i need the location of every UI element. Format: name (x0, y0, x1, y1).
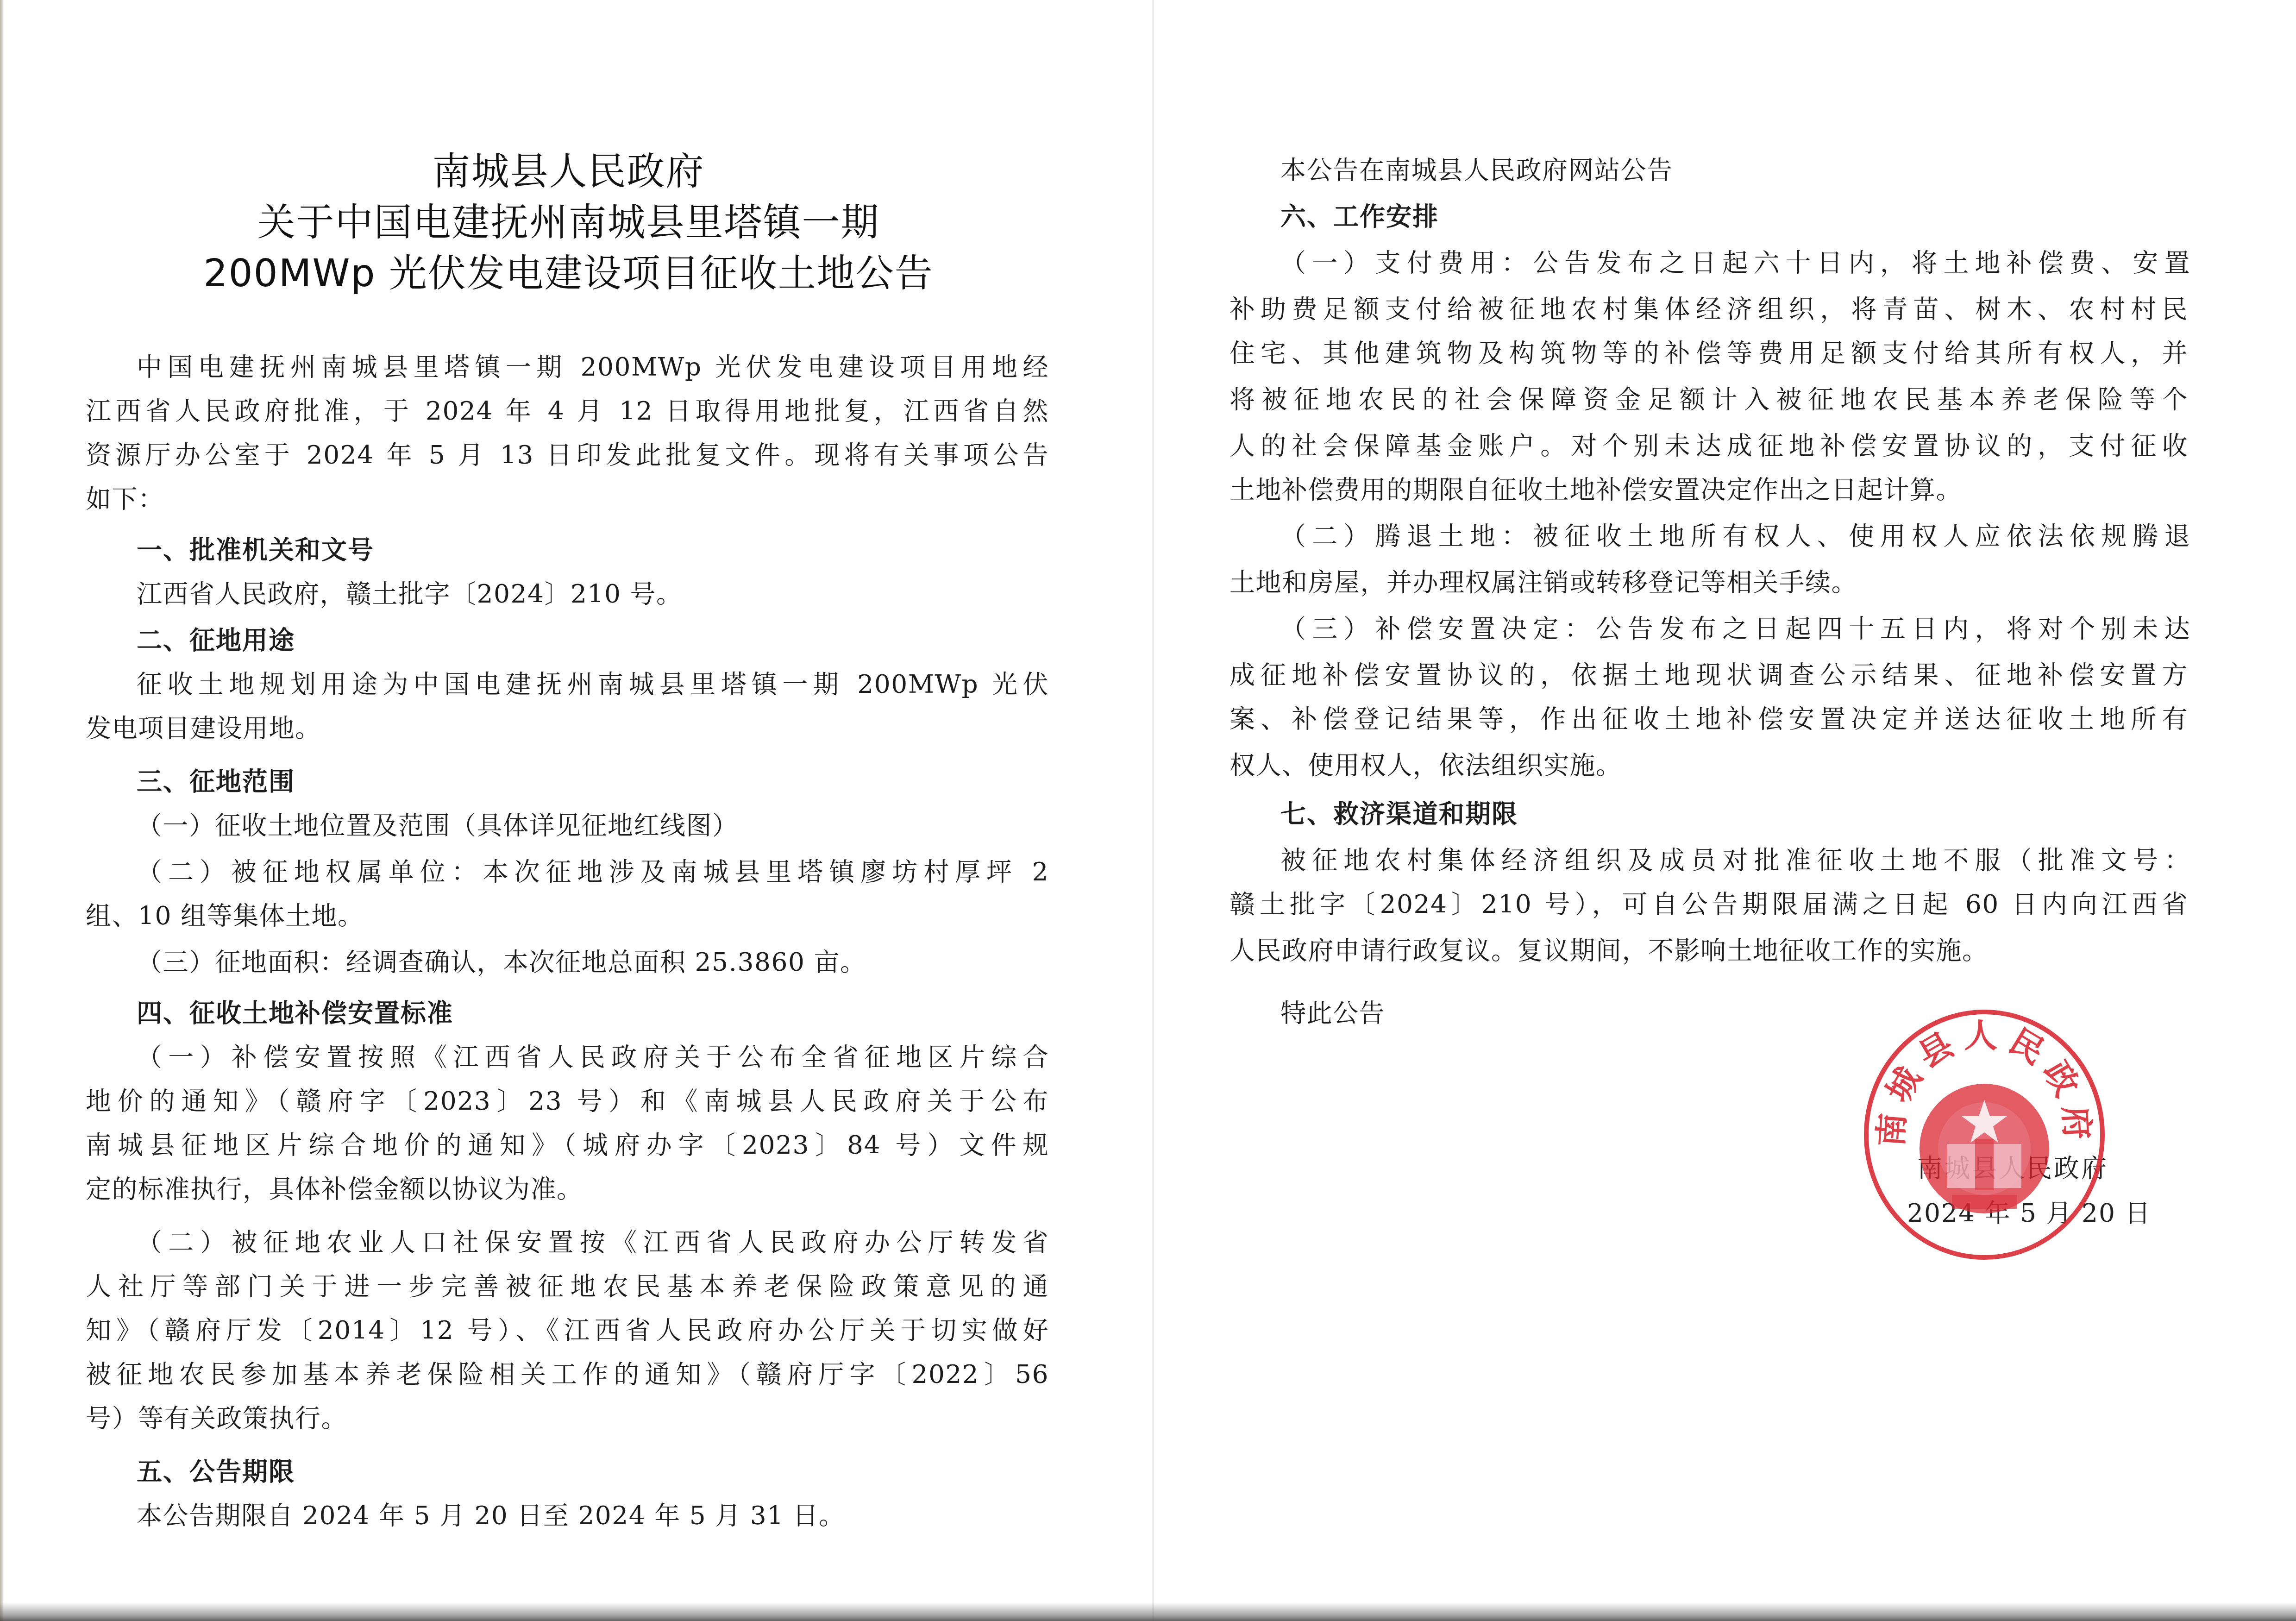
section-4-item-2-cont-4: 号）等有关政策执行。 (86, 1406, 347, 1431)
section-6-item-2: （二）腾退土地：被征收土地所有权人、使用权人应依法依规腾退 (1280, 523, 2190, 549)
section-2-body-2: 发电项目建设用地。 (86, 716, 321, 741)
section-7-body-1: 被征地农村集体经济组织及成员对批准征收土地不服（批准文号： (1280, 848, 2190, 873)
page-fold (1152, 0, 1154, 1621)
section-4-item-1: （一）补偿安置按照《江西省人民政府关于公布全省征地区片综合 (137, 1044, 1049, 1070)
section-4-heading: 四、征收土地补偿安置标准 (137, 1000, 453, 1026)
intro-line-3: 资源厅办公室于 2024 年 5 月 13 日印发此批复文件。现将有关事项公告 (86, 442, 1049, 468)
section-4-item-1-cont-2: 南城县征地区片综合地价的通知》（城府办字〔2023〕84 号）文件规 (86, 1132, 1049, 1158)
section-4-item-1-cont-1: 地价的通知》（赣府字〔2023〕23 号）和《南城县人民政府关于公布 (86, 1088, 1049, 1114)
section-6-item-1-cont-3: 将被征地农民的社会保障资金足额计入被征地农民基本养老保险等个 (1230, 387, 2188, 412)
section-5-body: 本公告期限自 2024 年 5 月 20 日至 2024 年 5 月 31 日。 (137, 1503, 845, 1528)
intro-line-4: 如下： (86, 486, 164, 512)
right-page: 本公告在南城县人民政府网站公告 六、工作安排 （一）支付费用：公告发布之日起六十… (1230, 0, 2190, 1621)
section-6-item-1-cont-5: 土地补偿费用的期限自征收土地补偿安置决定作出之日起计算。 (1230, 477, 1962, 503)
signature-date: 2024 年 5 月 20 日 (1907, 1200, 2151, 1226)
title-line-2: 关于中国电建抚州南城县里塔镇一期 (86, 204, 1051, 242)
section-3-item-3: （三）征地面积：经调查确认，本次征地总面积 25.3860 亩。 (137, 949, 866, 975)
paper-left-edge (0, 0, 4, 1621)
signature-issuer: 南城县人民政府 (1917, 1156, 2108, 1181)
section-3-item-2: （二）被征地权属单位：本次征地涉及南城县里塔镇廖坊村厚坪 2 (137, 859, 1049, 885)
section-6-item-1-cont-2: 住宅、其他建筑物及构筑物等的补偿等费用足额支付给其所有权人，并 (1230, 340, 2188, 366)
intro-line-2: 江西省人民政府批准，于 2024 年 4 月 12 日取得用地批复，江西省自然 (86, 398, 1049, 424)
section-4-item-2-cont-1: 人社厅等部门关于进一步完善被征地农民基本养老保险政策意见的通 (86, 1274, 1049, 1299)
section-1-body: 江西省人民政府，赣土批字〔2024〕210 号。 (137, 581, 682, 607)
section-7-body-3: 人民政府申请行政复议。复议期间，不影响土地征收工作的实施。 (1230, 938, 1989, 963)
section-6-item-2-cont: 土地和房屋，并办理权属注销或转移登记等相关手续。 (1230, 570, 1857, 595)
section-7-body-2: 赣土批字〔2024〕210 号），可自公告期限届满之日起 60 日内向江西省 (1230, 892, 2188, 917)
section-4-item-2-cont-2: 知》（赣府厅发〔2014〕12 号）、《江西省人民政府办公厅关于切实做好 (86, 1318, 1049, 1343)
section-4-item-2: （二）被征地农业人口社保安置按《江西省人民政府办公厅转发省 (137, 1230, 1049, 1255)
section-3-item-1: （一）征收土地位置及范围（具体详见征地红线图） (137, 813, 739, 838)
section-6-heading: 六、工作安排 (1280, 204, 1439, 229)
section-4-item-1-cont-3: 定的标准执行，具体补偿金额以协议为准。 (86, 1176, 583, 1202)
section-2-body-1: 征收土地规划用途为中国电建抚州南城县里塔镇一期 200MWp 光伏 (137, 672, 1049, 697)
section-6-item-3-cont-3: 权人、使用权人，依法组织实施。 (1230, 753, 1622, 778)
section-1-heading: 一、批准机关和文号 (137, 537, 374, 563)
publication-note: 本公告在南城县人民政府网站公告 (1280, 157, 1673, 183)
section-4-item-2-cont-3: 被征地农民参加基本养老保险相关工作的通知》（赣府厅字〔2022〕56 (86, 1362, 1049, 1387)
section-6-item-3: （三）补偿安置决定：公告发布之日起四十五日内，将对个别未达 (1280, 616, 2190, 641)
section-3-item-2-cont: 组、10 组等集体土地。 (86, 903, 364, 929)
section-5-heading: 五、公告期限 (137, 1459, 295, 1484)
section-6-item-1-cont-1: 补助费足额支付给被征地农村集体经济组织，将青苗、树木、农村村民 (1230, 296, 2188, 322)
title-issuer: 南城县人民政府 (86, 153, 1051, 191)
section-7-heading: 七、救济渠道和期限 (1280, 801, 1518, 827)
section-6-item-1: （一）支付费用：公告发布之日起六十日内，将土地补偿费、安置 (1280, 250, 2190, 276)
title-line-3: 200MWp 光伏发电建设项目征收土地公告 (86, 255, 1051, 293)
section-6-item-3-cont-1: 成征地补偿安置协议的，依据土地现状调查公示结果、征地补偿安置方 (1230, 662, 2188, 688)
section-6-item-3-cont-2: 案、补偿登记结果等，作出征收土地补偿安置决定并送达征收土地所有 (1230, 706, 2188, 732)
section-6-item-1-cont-4: 人的社会保障基金账户。对个别未达成征地补偿安置协议的，支付征收 (1230, 433, 2188, 459)
left-page: 南城县人民政府 关于中国电建抚州南城县里塔镇一期 200MWp 光伏发电建设项目… (86, 0, 1051, 1621)
section-2-heading: 二、征地用途 (137, 628, 295, 653)
closing-phrase: 特此公告 (1280, 1000, 1385, 1026)
intro-line-1: 中国电建抚州南城县里塔镇一期 200MWp 光伏发电建设项目用地经 (137, 354, 1049, 380)
section-3-heading: 三、征地范围 (137, 769, 295, 794)
